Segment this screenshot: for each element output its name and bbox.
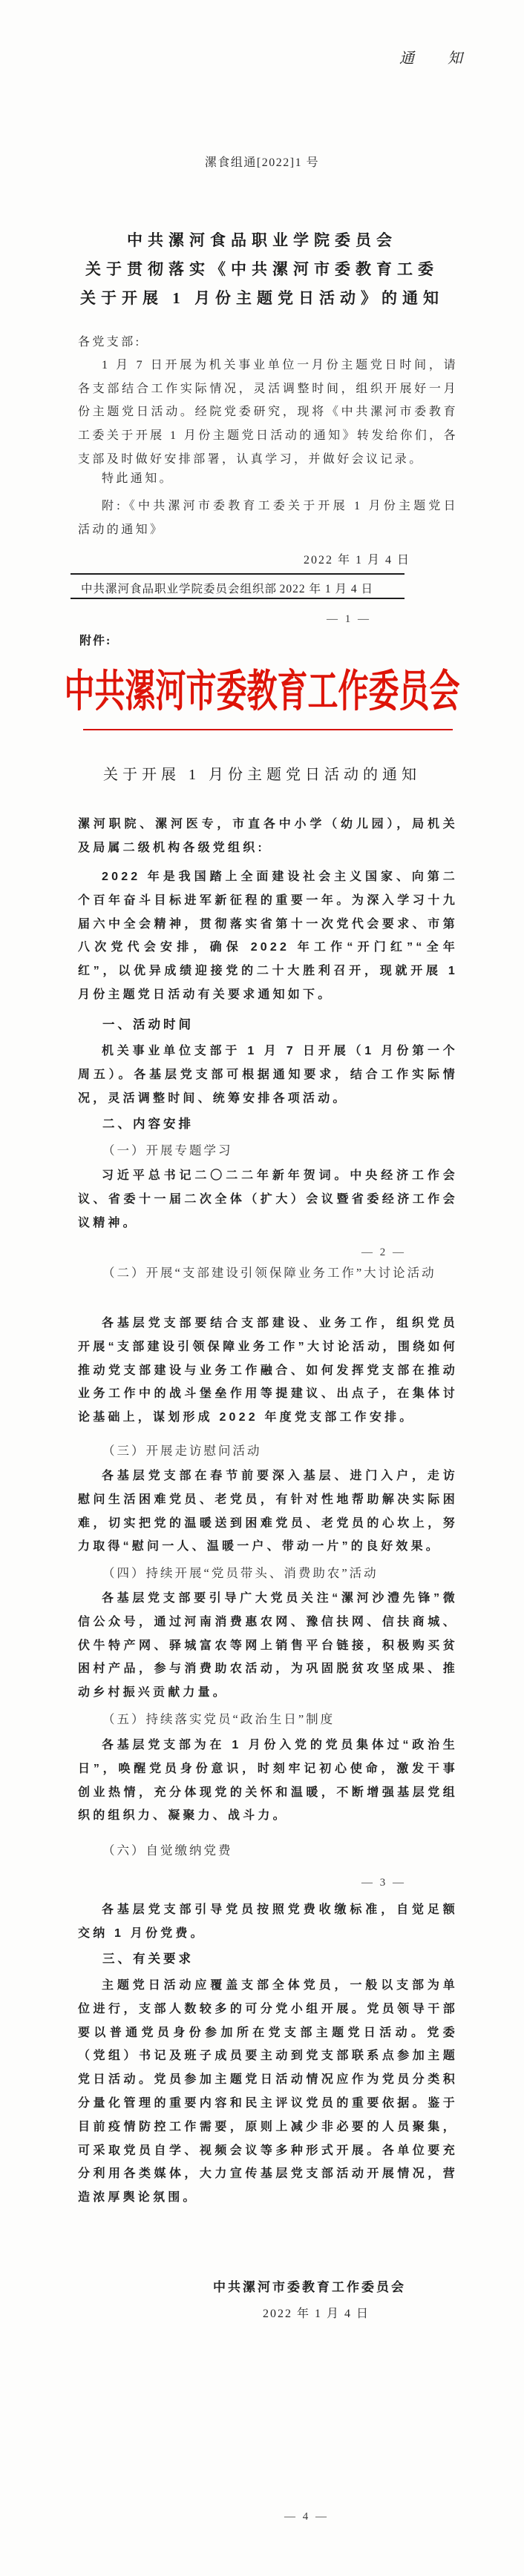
item-2-body: 各基层党支部要结合支部建设、业务工作，组织党员开展“支部建设引领保障业务工作”大…	[78, 1312, 458, 1430]
item-1-body: 习近平总书记二〇二二年新年贺词。中央经济工作会议、省委十一届二次全体（扩大）会议…	[78, 1164, 458, 1235]
issuer-row: 中共漯河食品职业学院委员会组织部 2022 年 1 月 4 日	[71, 578, 405, 598]
section-3-heading: 三、有关要求	[78, 1949, 458, 1966]
salutation: 各党支部:	[78, 331, 458, 354]
item-1-heading: （一）开展专题学习	[78, 1139, 458, 1163]
item-4-heading: （四）持续开展“党员带头、消费助农”活动	[78, 1562, 458, 1585]
item-3-heading: （三）开展走访慰问活动	[78, 1439, 458, 1463]
page-number-4: — 4 —	[284, 2511, 329, 2523]
closing-line: 特此通知。	[78, 467, 458, 491]
issuer-divider-top	[71, 573, 405, 575]
page-number-1: — 1 —	[327, 613, 371, 626]
section-2-heading: 二、内容安排	[78, 1114, 458, 1132]
issuer-date: 2022 年 1 月 4 日	[280, 580, 373, 596]
page-number-2: — 2 —	[361, 1246, 406, 1259]
item-4-body: 各基层党支部要引导广大党员关注“漯河沙澧先锋”微信公众号，通过河南消费惠农网、豫…	[78, 1587, 458, 1705]
item-2-heading: （二）开展“支部建设引领保障业务工作”大讨论活动	[78, 1261, 458, 1285]
item-5-body: 各基层党支部为在 1 月份入党的党员集体过“政治生日”，唤醒党员身份意识，时刻牢…	[78, 1734, 458, 1828]
cover-paragraph: 1 月 7 日开展为机关事业单位一月份主题党日时间，请各支部结合工作实际情况，灵…	[78, 354, 458, 472]
recipients-line: 漯河职院、漯河医专，市直各中小学（幼儿园），局机关及局属二级机构各级党组织:	[78, 813, 458, 860]
attachment-note: 附:《中共漯河市委教育工委关于开展 1 月份主题党日活动的通知》	[78, 495, 458, 541]
item-6-body: 各基层党支部引导党员按照党费收缴标准，自觉足额交纳 1 月份党费。	[78, 1898, 458, 1946]
cover-title-line-1: 中共漯河食品职业学院委员会	[0, 226, 524, 255]
section-3-body: 主题党日活动应覆盖支部全体党员，一般以支部为单位进行，支部人数较多的可分党小组开…	[78, 1974, 458, 2210]
red-masthead: 中共漯河市委教育工作委员会	[0, 670, 524, 713]
item-3-body: 各基层党支部在春节前要深入基层、进门入户，走访慰问生活困难党员、老党员，有针对性…	[78, 1464, 458, 1559]
cover-title: 中共漯河食品职业学院委员会 关于贯彻落实《中共漯河市委教育工委 关于开展 1 月…	[0, 226, 524, 313]
scanned-notice-document: 通 知 漯食组通[2022]1 号 中共漯河食品职业学院委员会 关于贯彻落实《中…	[0, 0, 524, 2576]
cover-title-line-3: 关于开展 1 月份主题党日活动》的通知	[0, 284, 524, 313]
handwritten-annotation: 通 知	[399, 46, 477, 67]
issuer-divider-bottom	[71, 598, 405, 599]
document-number: 漯食组通[2022]1 号	[0, 153, 524, 170]
masthead-divider	[83, 729, 453, 730]
page-number-3: — 3 —	[361, 1877, 406, 1889]
item-6-heading: （六）自觉缴纳党费	[78, 1839, 458, 1863]
cover-title-line-2: 关于贯彻落实《中共漯河市委教育工委	[0, 255, 524, 284]
section-1-body: 机关事业单位支部于 1 月 7 日开展（1 月份第一个周五）。各基层党支部可根据…	[78, 1040, 458, 1110]
issuer-department: 中共漯河食品职业学院委员会组织部	[81, 580, 277, 596]
attachment-label: 附件:	[79, 631, 111, 648]
item-5-heading: （五）持续落实党员“政治生日”制度	[78, 1708, 458, 1731]
signature-date: 2022 年 1 月 4 日	[263, 2304, 370, 2321]
notice-title: 关于开展 1 月份主题党日活动的通知	[0, 762, 524, 784]
intro-paragraph: 2022 年是我国踏上全面建设社会主义国家、向第二个百年奋斗目标进军新征程的重要…	[78, 865, 458, 1007]
signature-organization: 中共漯河市委教育工作委员会	[213, 2276, 406, 2295]
section-1-heading: 一、活动时间	[78, 1014, 458, 1032]
cover-date: 2022 年 1 月 4 日	[304, 550, 410, 567]
